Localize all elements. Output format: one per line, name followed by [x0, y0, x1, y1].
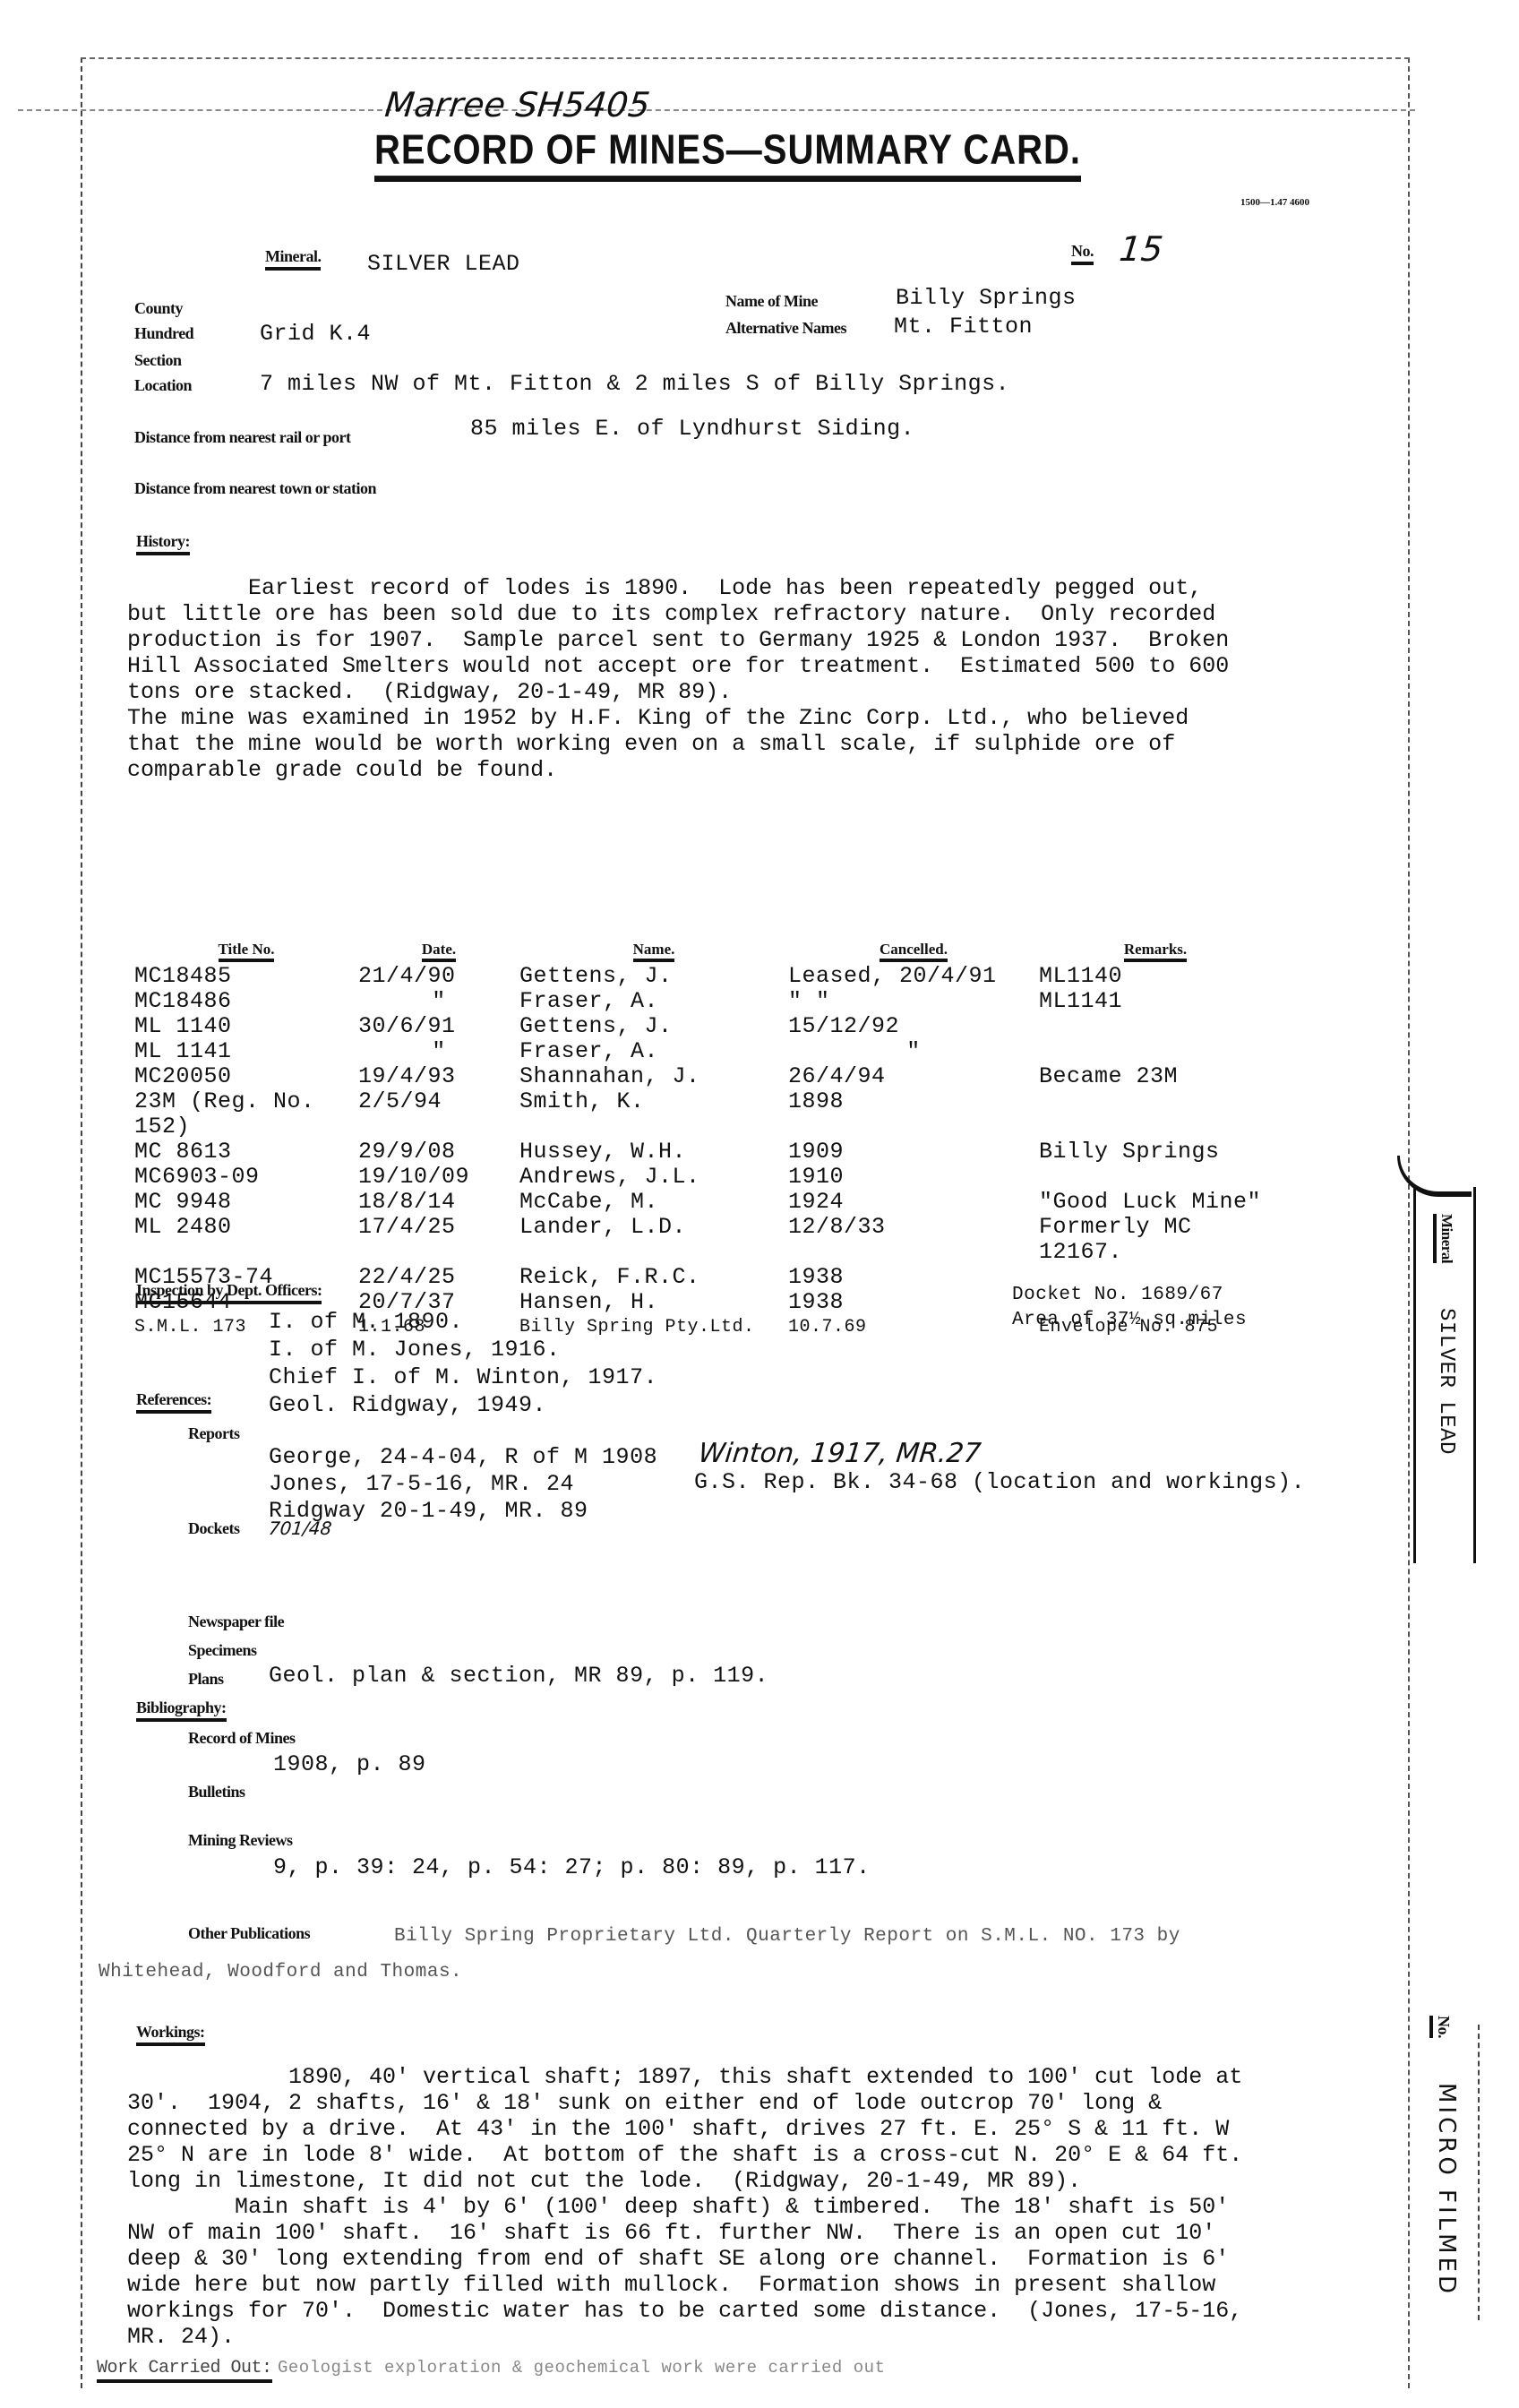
table-row: MC 994818/8/14McCabe, M.1924"Good Luck M… [134, 1190, 1272, 1215]
reports-label: Reports [188, 1424, 240, 1443]
newspaper-label: Newspaper file [188, 1612, 284, 1631]
table-row: MC 861329/9/08Hussey, W.H.1909Billy Spri… [134, 1139, 1272, 1165]
docket-no: Docket No. 1689/67 [1012, 1283, 1247, 1308]
record-of-mines-label: Record of Mines [188, 1729, 295, 1748]
workings-line: 1890, 40' vertical shaft; 1897, this sha… [127, 2064, 1242, 2090]
distance-rail-value: 85 miles E. of Lyndhurst Siding. [470, 416, 914, 442]
table-cell [1039, 1039, 1272, 1064]
workings-line: Main shaft is 4' by 6' (100' deep shaft)… [127, 2194, 1242, 2220]
history-line: but little ore has been sold due to its … [127, 601, 1229, 627]
hundred-label: Hundred [134, 324, 193, 343]
workings-line: 25° N are in lode 8' wide. At bottom of … [127, 2142, 1242, 2168]
bibliography-label: Bibliography: [136, 1698, 227, 1722]
table-cell: Became 23M [1039, 1064, 1272, 1089]
bulletins-label: Bulletins [188, 1783, 245, 1802]
distance-rail-label: Distance from nearest rail or port [134, 428, 350, 447]
side-tab-mineral-label: Mineral [1433, 1214, 1455, 1263]
table-cell: McCabe, M. [519, 1190, 788, 1215]
table-cell: ML1141 [1039, 989, 1272, 1014]
column-header: Date. [422, 941, 456, 962]
table-cell: ML1140 [1039, 964, 1272, 989]
table-cell: 1938 [788, 1265, 1039, 1290]
side-tab-no-label: No. [1429, 2016, 1453, 2038]
fold-line [18, 109, 1415, 111]
mineral-label: Mineral. [265, 247, 321, 271]
handwritten-report: Winton, 1917, MR.27 [697, 1438, 983, 1469]
table-cell: Andrews, J.L. [519, 1165, 788, 1190]
workings-line: wide here but now partly filled with mul… [127, 2272, 1242, 2298]
name-of-mine-label: Name of Mine [725, 292, 818, 311]
inspection-item: Chief I. of M. Winton, 1917. [269, 1363, 657, 1391]
inspection-item: I. of M. 1890. [269, 1308, 657, 1336]
history-line: The mine was examined in 1952 by H.F. Ki… [127, 705, 1229, 731]
specimens-label: Specimens [188, 1641, 257, 1660]
table-cell: MC18486 [134, 989, 358, 1014]
table-cell: Gettens, J. [519, 1014, 788, 1039]
alternative-names-value: Mt. Fitton [894, 314, 1033, 340]
table-cell: MC 8613 [134, 1139, 358, 1165]
references-label: References: [136, 1390, 211, 1414]
table-row: MC18486"Fraser, A." "ML1141 [134, 989, 1272, 1014]
table-cell: " [358, 1039, 519, 1064]
table-cell: Leased, 20/4/91 [788, 964, 1039, 989]
table-cell: " " [788, 989, 1039, 1014]
titles-header-row: Title No.Date.Name.Cancelled.Remarks. [134, 941, 1272, 964]
table-cell: ML 2480 [134, 1215, 358, 1265]
table-cell: MC 9948 [134, 1190, 358, 1215]
table-cell: 1910 [788, 1165, 1039, 1190]
workings-line: deep & 30' long extending from end of sh… [127, 2246, 1242, 2272]
table-cell [1039, 1014, 1272, 1039]
work-carried-out-label: Work Carried Out: [97, 2358, 272, 2383]
table-cell: MC20050 [134, 1064, 358, 1089]
column-header-cell: Name. [519, 941, 788, 964]
table-cell: 19/10/09 [358, 1165, 519, 1190]
side-tab-mineral-value: SILVER LEAD [1434, 1308, 1458, 1455]
workings-line: MR. 24). [127, 2324, 1242, 2350]
table-cell: ML 1141 [134, 1039, 358, 1064]
envelope-notes: Docket No. 1689/67 Area of 37½ sq.miles [1012, 1283, 1247, 1333]
workings-line: connected by a drive. At 43' in the 100'… [127, 2116, 1242, 2142]
table-cell: 29/9/08 [358, 1139, 519, 1165]
table-cell: 22/4/25 [358, 1265, 519, 1290]
table-cell: Lander, L.D. [519, 1215, 788, 1265]
history-line: that the mine would be worth working eve… [127, 731, 1229, 757]
other-publications-label: Other Publications [188, 1924, 310, 1943]
table-cell: 15/12/92 [788, 1014, 1039, 1039]
table-cell: "Good Luck Mine" [1039, 1190, 1272, 1215]
workings-line: 30'. 1904, 2 shafts, 16' & 18' sunk on e… [127, 2090, 1242, 2116]
table-cell: 17/4/25 [358, 1215, 519, 1265]
table-cell: Fraser, A. [519, 989, 788, 1014]
column-header: Cancelled. [880, 941, 948, 962]
table-cell: Shannahan, J. [519, 1064, 788, 1089]
table-row: ML 1141"Fraser, A." [134, 1039, 1272, 1064]
column-header: Name. [633, 941, 675, 962]
location-value: 7 miles NW of Mt. Fitton & 2 miles S of … [260, 371, 1009, 397]
number-value: 15 [1118, 229, 1165, 269]
table-cell: 19/4/93 [358, 1064, 519, 1089]
column-header: Remarks. [1124, 941, 1187, 962]
table-row: MC1848521/4/90Gettens, J.Leased, 20/4/91… [134, 964, 1272, 989]
location-label: Location [134, 376, 192, 395]
table-cell: 12/8/33 [788, 1215, 1039, 1265]
history-line: Earliest record of lodes is 1890. Lode h… [127, 575, 1229, 601]
table-cell: Smith, K. [519, 1089, 788, 1139]
inspection-label: Inspection by Dept. Officers: [136, 1281, 322, 1304]
table-cell: Fraser, A. [519, 1039, 788, 1064]
column-header-cell: Cancelled. [788, 941, 1039, 964]
table-cell: Reick, F.R.C. [519, 1265, 788, 1290]
column-header-cell: Title No. [134, 941, 358, 964]
other-publications-value-2: Whitehead, Woodford and Thomas. [99, 1962, 462, 1982]
table-cell [1039, 1089, 1272, 1139]
table-row: 23M (Reg. No. 152)2/5/94Smith, K.1898 [134, 1089, 1272, 1139]
microfilmed-stamp: MICRO FILMED [1433, 2083, 1460, 2297]
gs-report: G.S. Rep. Bk. 34-68 (location and workin… [694, 1469, 1305, 1495]
other-publications-value-1: Billy Spring Proprietary Ltd. Quarterly … [394, 1926, 1180, 1947]
workings-line: long in limestone, It did not cut the lo… [127, 2168, 1242, 2194]
dockets-value: 701/48 [268, 1518, 333, 1539]
inspection-item: I. of M. Jones, 1916. [269, 1336, 657, 1363]
table-row: MC2005019/4/93Shannahan, J.26/4/94Became… [134, 1064, 1272, 1089]
work-carried-out-value: Geologist exploration & geochemical work… [278, 2358, 885, 2378]
table-cell: 30/6/91 [358, 1014, 519, 1039]
column-header-cell: Date. [358, 941, 519, 964]
table-cell: 26/4/94 [788, 1064, 1039, 1089]
number-label: No. [1071, 242, 1094, 265]
name-of-mine-value: Billy Springs [896, 285, 1077, 311]
mining-reviews-value: 9, p. 39: 24, p. 54: 27; p. 80: 89, p. 1… [273, 1854, 871, 1880]
plans-label: Plans [188, 1670, 224, 1689]
mining-reviews-label: Mining Reviews [188, 1831, 293, 1850]
table-cell: 21/4/90 [358, 964, 519, 989]
dockets-label: Dockets [188, 1519, 240, 1538]
report-item: George, 24-4-04, R of M 1908 [269, 1444, 657, 1471]
table-cell: 1938 [788, 1290, 1039, 1315]
form-code: 1500—1.47 4600 [1240, 197, 1309, 208]
record-of-mines-value: 1908, p. 89 [273, 1751, 426, 1777]
table-cell: 18/8/14 [358, 1190, 519, 1215]
table-cell: 10.7.69 [788, 1315, 1039, 1340]
hundred-value: Grid K.4 [260, 321, 371, 347]
mineral-value: SILVER LEAD [367, 251, 520, 277]
report-item: Jones, 17-5-16, MR. 24 [269, 1471, 657, 1498]
section-label: Section [134, 351, 182, 370]
table-cell: 23M (Reg. No. 152) [134, 1089, 358, 1139]
table-cell: 1924 [788, 1190, 1039, 1215]
table-cell: Formerly MC 12167. [1039, 1215, 1272, 1265]
table-cell: " [788, 1039, 1039, 1064]
table-row: ML 248017/4/25Lander, L.D.12/8/33Formerl… [134, 1215, 1272, 1265]
distance-town-label: Distance from nearest town or station [134, 479, 376, 498]
workings-text: 1890, 40' vertical shaft; 1897, this sha… [127, 2012, 1242, 2376]
history-line: production is for 1907. Sample parcel se… [127, 627, 1229, 653]
table-row: MC6903-0919/10/09Andrews, J.L.1910 [134, 1165, 1272, 1190]
table-cell: " [358, 989, 519, 1014]
alternative-names-label: Alternative Names [725, 319, 846, 338]
column-header: Title No. [219, 941, 275, 962]
table-cell: MC6903-09 [134, 1165, 358, 1190]
inspection-list: I. of M. 1890. I. of M. Jones, 1916. Chi… [269, 1308, 657, 1419]
area: Area of 37½ sq.miles [1012, 1308, 1247, 1333]
table-cell: Billy Springs [1039, 1139, 1272, 1165]
history-line: tons ore stacked. (Ridgway, 20-1-49, MR … [127, 679, 1229, 705]
workings-line: NW of main 100' shaft. 16' shaft is 66 f… [127, 2220, 1242, 2246]
table-cell: MC18485 [134, 964, 358, 989]
plans-value: Geol. plan & section, MR 89, p. 119. [269, 1663, 768, 1689]
history-lines: Earliest record of lodes is 1890. Lode h… [127, 575, 1229, 783]
table-cell: 1909 [788, 1139, 1039, 1165]
history-line: comparable grade could be found. [127, 757, 1229, 783]
table-cell: ML 1140 [134, 1014, 358, 1039]
table-cell: Hussey, W.H. [519, 1139, 788, 1165]
table-row: ML 114030/6/91Gettens, J.15/12/92 [134, 1014, 1272, 1039]
reports-list: George, 24-4-04, R of M 1908 Jones, 17-5… [269, 1444, 657, 1525]
table-cell: 1898 [788, 1089, 1039, 1139]
county-label: County [134, 299, 183, 318]
history-line: Hill Associated Smelters would not accep… [127, 653, 1229, 679]
column-header-cell: Remarks. [1039, 941, 1272, 964]
history-text: Earliest record of lodes is 1890. Lode h… [127, 523, 1229, 809]
workings-lines: 1890, 40' vertical shaft; 1897, this sha… [127, 2064, 1242, 2350]
references-geol: Geol. Ridgway, 1949. [269, 1391, 657, 1419]
table-cell: Gettens, J. [519, 964, 788, 989]
page-title: RECORD OF MINES—SUMMARY CARD. [374, 127, 1081, 182]
table-cell: 2/5/94 [358, 1089, 519, 1139]
handwritten-header: Marree SH5405 [383, 85, 652, 125]
table-cell [1039, 1165, 1272, 1190]
workings-line: workings for 70'. Domestic water has to … [127, 2298, 1242, 2324]
